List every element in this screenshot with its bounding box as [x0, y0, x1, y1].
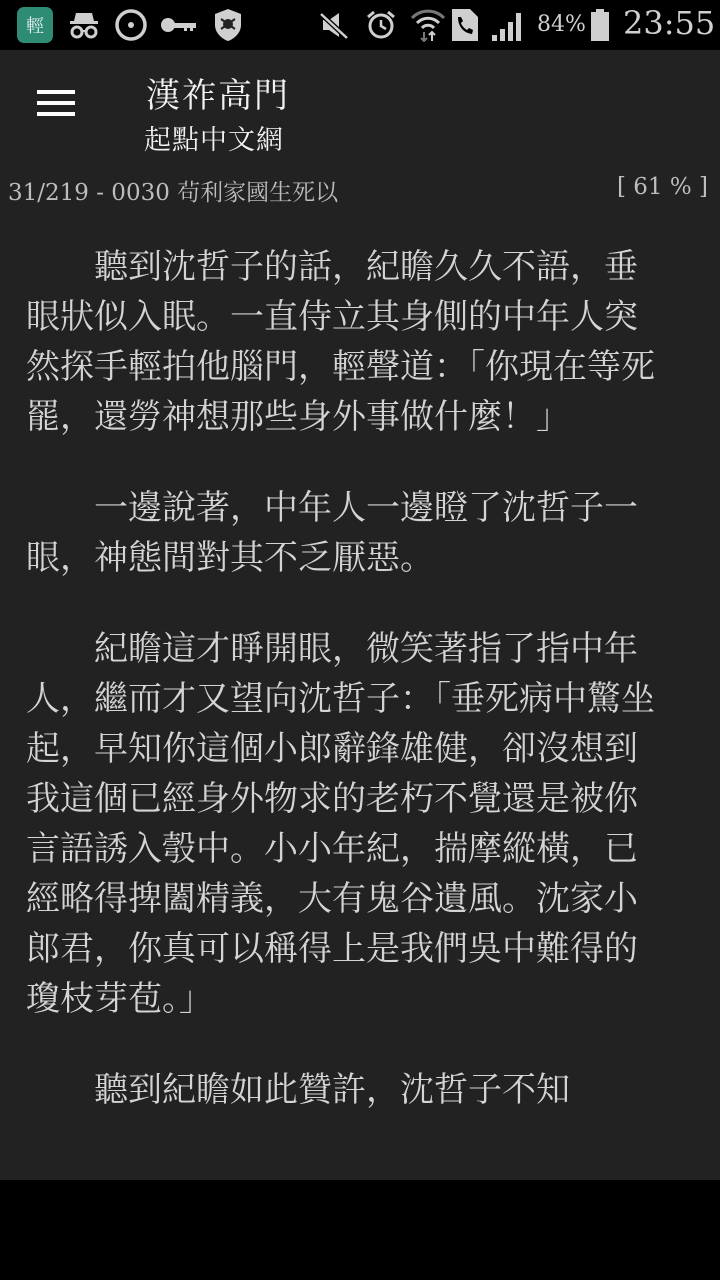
paragraph: 聽到沈哲子的話，紀瞻久久不語，垂眼狀似入眠。一直侍立其身側的中年人突然探手輕拍他…: [26, 242, 666, 442]
shield-spider-icon: [212, 8, 244, 42]
alarm-icon: [364, 8, 398, 42]
mute-icon: [318, 8, 350, 42]
key-icon: [160, 8, 198, 42]
incognito-icon: [66, 8, 102, 42]
chapter-info: 31/219 - 0030 茍利家國生死以: [8, 174, 338, 207]
battery-icon: [590, 8, 610, 42]
paragraph: 一邊說著，中年人一邊瞪了沈哲子一眼，神態間對其不乏厭惡。: [26, 483, 666, 583]
reader-view[interactable]: 漢祚高門 起點中文網 31/219 - 0030 茍利家國生死以 [ 61 % …: [0, 50, 720, 1180]
book-title: 漢祚高門: [146, 68, 290, 117]
clock: 23:55: [623, 4, 715, 42]
paragraph: 紀瞻這才睜開眼，微笑著指了指中年人，繼而才又望向沈哲子：「垂死病中驚坐起，早知你…: [26, 624, 666, 1024]
hamburger-icon-line: [37, 90, 75, 94]
chapter-content: 聽到沈哲子的話，紀瞻久久不語，垂眼狀似入眠。一直侍立其身側的中年人突然探手輕拍他…: [26, 242, 666, 1156]
book-source: 起點中文網: [144, 118, 284, 157]
reader-app-icon: 輕: [17, 7, 53, 43]
paragraph: 聽到紀瞻如此贊許，沈哲子不知: [26, 1065, 666, 1115]
reading-progress: [ 61 % ]: [617, 174, 708, 200]
sim-call-icon: [452, 8, 478, 42]
hamburger-icon-line: [37, 101, 75, 105]
status-bar: 輕 84% 23:55: [0, 0, 720, 50]
battery-percent: 84%: [537, 12, 586, 37]
signal-icon: [490, 8, 526, 42]
wifi-icon: [410, 8, 446, 42]
menu-button[interactable]: [30, 88, 82, 128]
hamburger-icon-line: [37, 112, 75, 116]
circle-target-icon: [113, 8, 149, 42]
